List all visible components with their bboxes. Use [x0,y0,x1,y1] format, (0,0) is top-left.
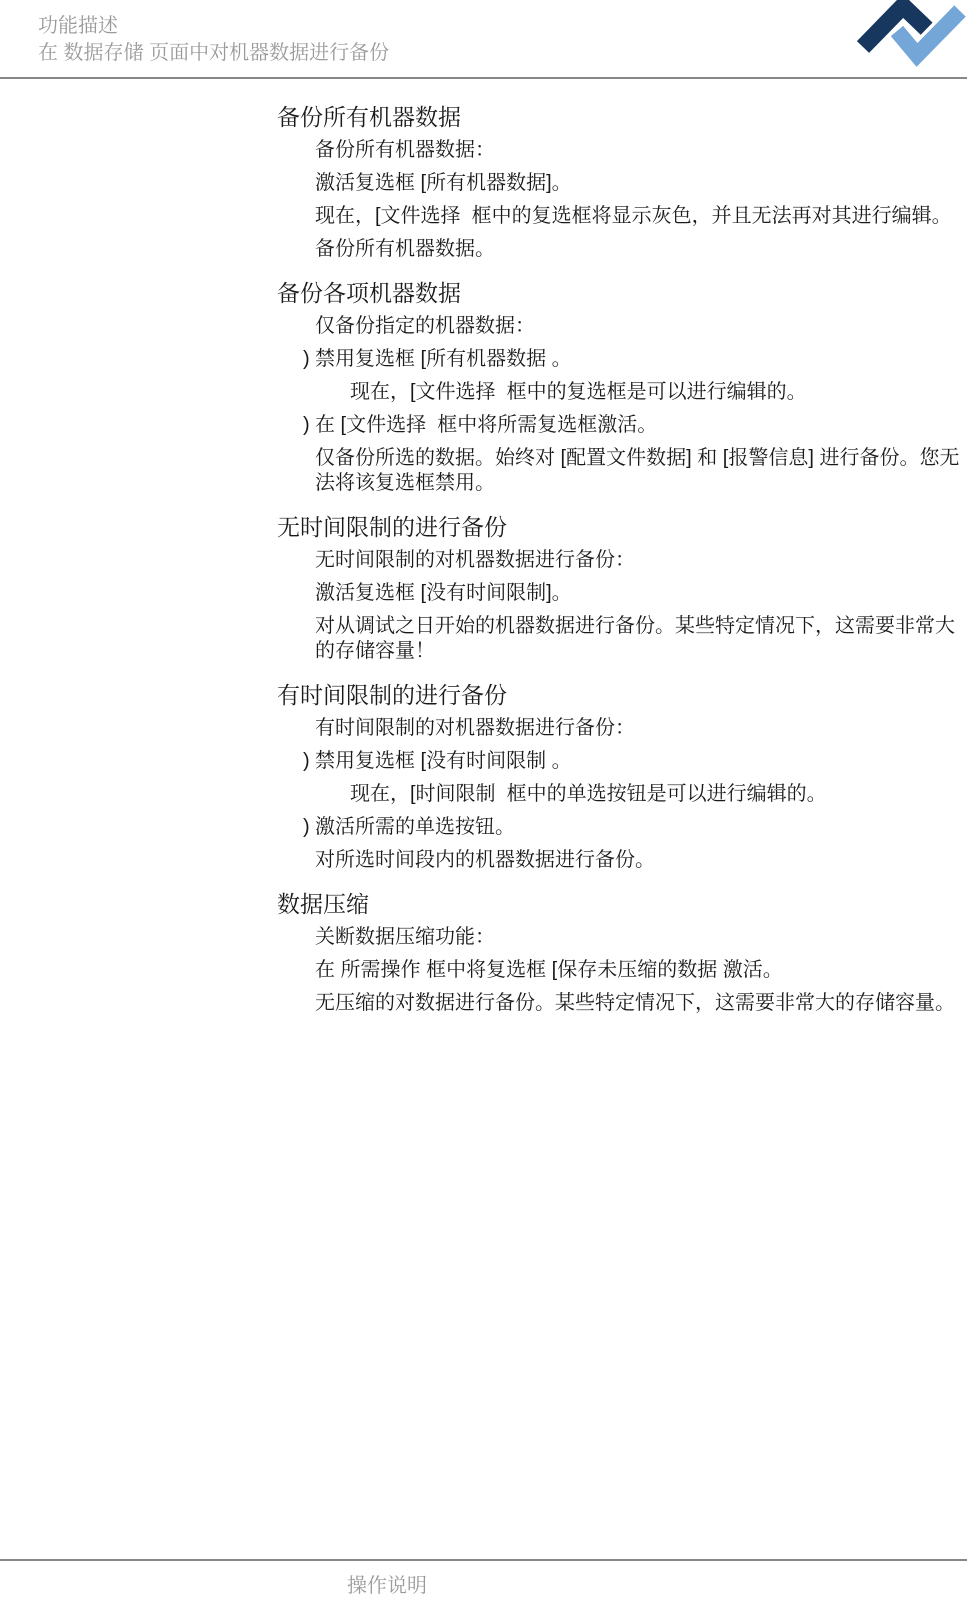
instruction-text: 无压缩的对数据进行备份。某些特定情况下，这需要非常大的存储容量。 [315,992,955,1014]
page-header: 功能描述 在 数据存储 页面中对机器数据进行备份 [38,13,389,67]
header-rule [0,77,967,79]
section-heading: 无时间限制的进行备份 [277,514,967,540]
instruction-line: 无时间限制的对机器数据进行备份： [315,548,967,573]
instruction-text: 对所选时间段内的机器数据进行备份。 [315,849,655,871]
content-section: 数据压缩关断数据压缩功能：在 所需操作 框中将复选框 [保存未压缩的数据 激活。… [277,891,967,1016]
instruction-line: 激活复选框 [所有机器数据]。 [315,171,967,196]
header-chapter-title: 在 数据存储 页面中对机器数据进行备份 [38,40,389,67]
instruction-text: 激活所需的单选按钮。 [315,816,515,838]
instruction-text: 关断数据压缩功能： [315,926,495,948]
instruction-line: 备份所有机器数据。 [315,237,967,262]
section-heading: 备份各项机器数据 [277,280,967,306]
instruction-text: 备份所有机器数据。 [315,238,495,260]
step-item: )禁用复选框 [没有时间限制 。 [303,749,967,774]
instruction-text: 有时间限制的对机器数据进行备份： [315,717,635,739]
content-section: 备份所有机器数据备份所有机器数据：激活复选框 [所有机器数据]。现在，[文件选择… [277,104,967,262]
instruction-line: 有时间限制的对机器数据进行备份： [315,716,967,741]
instruction-text: 激活复选框 [没有时间限制]。 [315,582,572,604]
instruction-line: 仅备份所选的数据。始终对 [配置文件数据] 和 [报警信息] 进行备份。您无法将… [315,446,967,496]
instruction-text: 仅备份所选的数据。始终对 [配置文件数据] 和 [报警信息] 进行备份。您无法将… [315,447,959,494]
instruction-text: 现在，[文件选择 框中的复选框将显示灰色，并且无法再对其进行编辑。 [315,205,952,227]
instruction-line: 现在，[文件选择 框中的复选框将显示灰色，并且无法再对其进行编辑。 [315,204,967,229]
instruction-line: 在 所需操作 框中将复选框 [保存未压缩的数据 激活。 [315,958,967,983]
step-marker: ) [303,347,315,372]
content-section: 无时间限制的进行备份无时间限制的对机器数据进行备份：激活复选框 [没有时间限制]… [277,514,967,664]
step-result-line: 现在，[文件选择 框中的复选框是可以进行编辑的。 [350,380,967,405]
instruction-text: 在 所需操作 框中将复选框 [保存未压缩的数据 激活。 [315,959,783,981]
content-section: 备份各项机器数据仅备份指定的机器数据：)禁用复选框 [所有机器数据 。现在，[文… [277,280,967,496]
step-marker: ) [303,815,315,840]
content-section: 有时间限制的进行备份有时间限制的对机器数据进行备份：)禁用复选框 [没有时间限制… [277,682,967,873]
footer-document-title: 操作说明 [347,1574,427,1598]
content: 备份所有机器数据备份所有机器数据：激活复选框 [所有机器数据]。现在，[文件选择… [277,104,967,1024]
step-item: )在 [文件选择 框中将所需复选框激活。 [303,413,967,438]
instruction-text: 现在，[文件选择 框中的复选框是可以进行编辑的。 [350,381,807,403]
instruction-text: 现在，[时间限制 框中的单选按钮是可以进行编辑的。 [350,783,827,805]
instruction-text: 激活复选框 [所有机器数据]。 [315,172,572,194]
step-result-line: 现在，[时间限制 框中的单选按钮是可以进行编辑的。 [350,782,967,807]
brand-logo-icon [850,0,970,70]
instruction-line: 对所选时间段内的机器数据进行备份。 [315,848,967,873]
section-heading: 备份所有机器数据 [277,104,967,130]
section-heading: 数据压缩 [277,891,967,917]
instruction-text: 仅备份指定的机器数据： [315,315,535,337]
instruction-text: 备份所有机器数据： [315,139,495,161]
instruction-line: 关断数据压缩功能： [315,925,967,950]
footer-rule [0,1559,967,1561]
header-doc-type: 功能描述 [38,13,389,40]
instruction-line: 对从调试之日开始的机器数据进行备份。某些特定情况下，这需要非常大的存储容量！ [315,614,967,664]
instruction-line: 备份所有机器数据： [315,138,967,163]
document-page: { "header": { "line1": "功能描述", "line2": … [0,0,975,1606]
section-heading: 有时间限制的进行备份 [277,682,967,708]
instruction-line: 激活复选框 [没有时间限制]。 [315,581,967,606]
step-marker: ) [303,413,315,438]
instruction-text: 对从调试之日开始的机器数据进行备份。某些特定情况下，这需要非常大的存储容量！ [315,615,955,662]
step-item: )激活所需的单选按钮。 [303,815,967,840]
instruction-text: 禁用复选框 [没有时间限制 。 [315,750,572,772]
instruction-line: 无压缩的对数据进行备份。某些特定情况下，这需要非常大的存储容量。 [315,991,967,1016]
instruction-text: 禁用复选框 [所有机器数据 。 [315,348,572,370]
step-item: )禁用复选框 [所有机器数据 。 [303,347,967,372]
instruction-line: 仅备份指定的机器数据： [315,314,967,339]
instruction-text: 无时间限制的对机器数据进行备份： [315,549,635,571]
instruction-text: 在 [文件选择 框中将所需复选框激活。 [315,414,657,436]
step-marker: ) [303,749,315,774]
